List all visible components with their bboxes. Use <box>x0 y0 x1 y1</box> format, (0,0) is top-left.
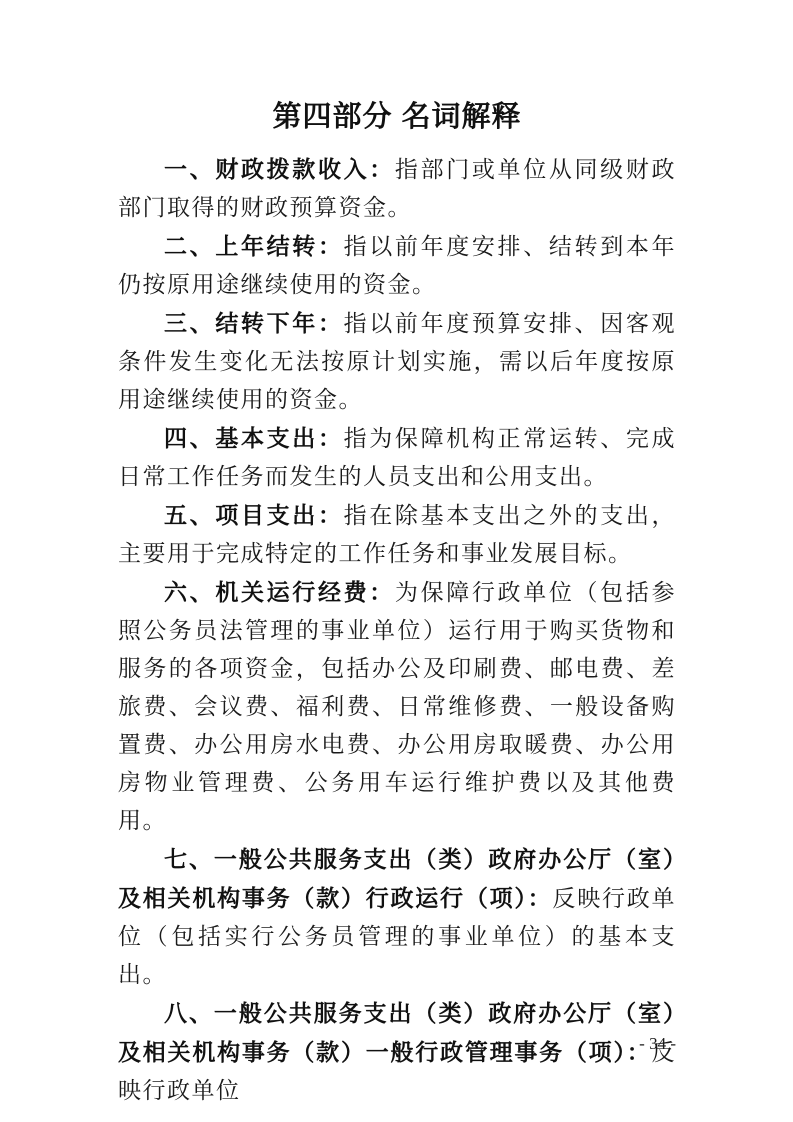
term-label: 五、项目支出： <box>164 502 344 528</box>
glossary-paragraph: 七、一般公共服务支出（类）政府办公厅（室）及相关机构事务（款）行政运行（项）：反… <box>118 840 676 994</box>
term-definition: 为保障行政单位（包括参照公务员法管理的事业单位）运行用于购买货物和服务的各项资金… <box>118 580 676 833</box>
glossary-paragraph: 四、基本支出：指为保障机构正常运转、完成日常工作任务而发生的人员支出和公用支出。 <box>118 419 676 496</box>
term-label: 四、基本支出： <box>164 425 344 451</box>
glossary-paragraph: 八、一般公共服务支出（类）政府办公厅（室）及相关机构事务（款）一般行政管理事务（… <box>118 994 676 1110</box>
term-label: 二、上年结转： <box>164 233 344 259</box>
glossary-paragraph: 三、结转下年：指以前年度预算安排、因客观条件发生变化无法按原计划实施，需以后年度… <box>118 304 676 419</box>
document-page: 第四部分 名词解释 一、财政拨款收入：指部门或单位从同级财政部门取得的财政预算资… <box>0 0 793 1122</box>
glossary-paragraph: 五、项目支出：指在除基本支出之外的支出，主要用于完成特定的工作任务和事业发展目标… <box>118 496 676 573</box>
page-title: 第四部分 名词解释 <box>118 99 676 135</box>
glossary-paragraph: 二、上年结转：指以前年度安排、结转到本年仍按原用途继续使用的资金。 <box>118 227 676 304</box>
document-body: 第四部分 名词解释 一、财政拨款收入：指部门或单位从同级财政部门取得的财政预算资… <box>118 99 676 1110</box>
glossary-paragraph: 一、财政拨款收入：指部门或单位从同级财政部门取得的财政预算资金。 <box>118 150 676 227</box>
term-label: 一、财政拨款收入： <box>164 156 395 182</box>
term-label: 三、结转下年： <box>164 310 344 336</box>
page-number: - 34 - <box>639 1035 676 1052</box>
term-label: 八、一般公共服务支出（类）政府办公厅（室）及相关机构事务（款）一般行政管理事务（… <box>118 1000 676 1065</box>
term-label: 六、机关运行经费： <box>164 579 395 605</box>
glossary-paragraph: 六、机关运行经费：为保障行政单位（包括参照公务员法管理的事业单位）运行用于购买货… <box>118 573 676 840</box>
